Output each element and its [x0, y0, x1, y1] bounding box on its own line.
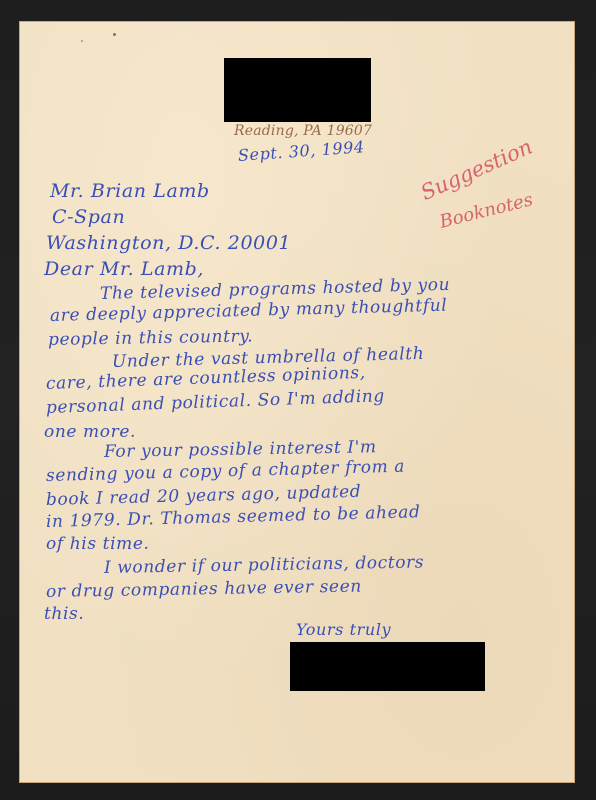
body-line: one more.: [44, 422, 136, 442]
paper-speck: [113, 33, 116, 36]
body-line: this.: [44, 604, 84, 624]
recipient-name: Mr. Brian Lamb: [50, 180, 210, 202]
letterhead-redaction: [224, 58, 371, 122]
recipient-organization: C-Span: [52, 206, 125, 228]
body-line: people in this country.: [48, 326, 254, 350]
body-line: of his time.: [46, 534, 150, 554]
signature-redaction: [290, 642, 485, 691]
letterhead-address: Reading, PA 19607: [234, 123, 372, 139]
closing: Yours truly: [296, 620, 391, 639]
salutation: Dear Mr. Lamb,: [44, 258, 204, 280]
recipient-address: Washington, D.C. 20001: [46, 232, 291, 254]
paper-speck: [81, 40, 83, 42]
